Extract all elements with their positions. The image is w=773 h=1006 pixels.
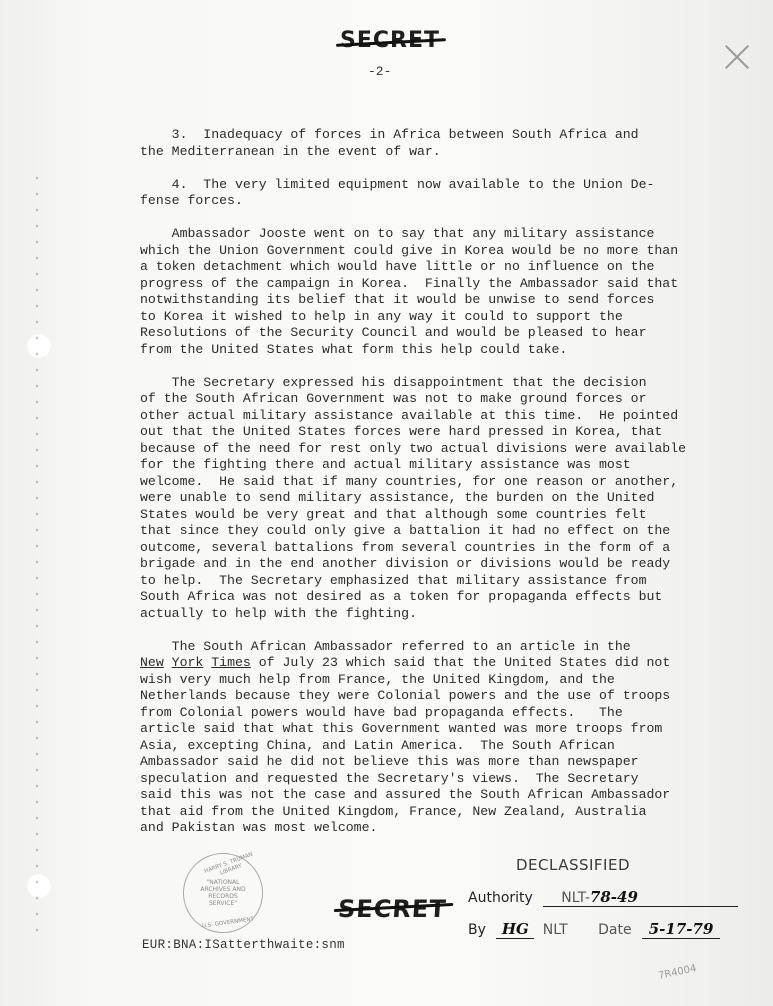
text-line: the Mediterranean in the event of war. [140,144,700,161]
text-line: South Africa was not desired as a token … [140,589,700,606]
page-number: -2- [368,64,391,79]
by-field: HG [496,920,534,939]
text-line: which the Union Government could give in… [140,243,700,260]
text-line: progress of the campaign in Korea. Final… [140,276,700,293]
text-line: for the fighting there and actual milita… [140,457,700,474]
perforation-marks [35,170,39,940]
authority-row: Authority NLT-78-49 [468,888,738,907]
text-line: The South African Ambassador referred to… [140,639,700,656]
by-suffix: NLT [543,922,568,938]
text-line: brigade and in the end another division … [140,556,700,573]
text-line: to help. The Secretary emphasized that m… [140,573,700,590]
paragraph-item-3: 3. Inadequacy of forces in Africa betwee… [140,127,700,160]
text-line: from the United States what form this he… [140,342,700,359]
text-line: Resolutions of the Security Council and … [140,325,700,342]
text-line: out that the United States forces were h… [140,424,700,441]
seal-bottom-text: U.S. GOVERNMENT [202,916,255,930]
archive-seal-stamp: HARRY S. TRUMAN LIBRARY U.S. GOVERNMENT … [183,853,263,933]
text-line: States would be very great and that alth… [140,507,700,524]
text-line: were unable to send military assistance,… [140,490,700,507]
newspaper-title-word: Times [211,655,251,670]
paragraph-item-4: 4. The very limited equipment now availa… [140,177,700,210]
text-line: The Secretary expressed his disappointme… [140,375,700,392]
text-line: New York Times of July 23 which said tha… [140,655,700,672]
classification-stamp-bottom: SECRET [337,895,448,923]
text-line: Ambassador Jooste went on to say that an… [140,226,700,243]
text-line: a token detachment which would have litt… [140,259,700,276]
seal-ring-text: HARRY S. TRUMAN LIBRARY [198,849,263,884]
by-date-row: By HG NLT Date 5-17-79 [468,920,720,939]
text-line: said this was not the case and assured t… [140,787,700,804]
seal-ring: HARRY S. TRUMAN LIBRARY U.S. GOVERNMENT [184,854,262,932]
document-page: SECRET -2- 3. Inadequacy of forces in Af… [0,0,773,1006]
pencil-annotation: 7R4004 [657,963,697,982]
punch-hole [26,873,52,899]
authority-handwritten-value: 78-49 [590,888,638,906]
text-line-rest: of July 23 which said that the United St… [251,655,670,670]
text-line: 3. Inadequacy of forces in Africa betwee… [140,127,700,144]
text-line: actually to help with the fighting. [140,606,700,623]
paragraph-nyt-article: The South African Ambassador referred to… [140,639,700,837]
text-line: that aid from the United Kingdom, France… [140,804,700,821]
memo-body: 3. Inadequacy of forces in Africa betwee… [140,127,700,853]
text-line: fense forces. [140,193,700,210]
text-line: outcome, several battalions from several… [140,540,700,557]
text-line: that since they could only give a battal… [140,523,700,540]
newspaper-title-word: York [172,655,204,670]
text-line: Asia, excepting China, and Latin America… [140,738,700,755]
text-line: notwithstanding its belief that it would… [140,292,700,309]
text-line: and Pakistan was most welcome. [140,820,700,837]
authority-prefix: NLT- [561,890,590,906]
text-line: to Korea it wished to help in any way it… [140,309,700,326]
text-line: Netherlands because they were Colonial p… [140,688,700,705]
declassified-title: DECLASSIFIED [516,856,630,874]
text-line: Ambassador said he did not believe this … [140,754,700,771]
paragraph-secretary: The Secretary expressed his disappointme… [140,375,700,623]
text-line: other actual military assistance availab… [140,408,700,425]
text-line: from Colonial powers would have bad prop… [140,705,700,722]
drafting-reference: EUR:BNA:ISatterthwaite:snm [142,938,345,952]
newspaper-title-word: New [140,655,164,670]
text-line: wish very much help from France, the Uni… [140,672,700,689]
punch-hole [26,333,52,359]
authority-field: NLT-78-49 [543,888,738,907]
date-label: Date [598,922,631,938]
text-line: speculation and requested the Secretary'… [140,771,700,788]
text-line: welcome. He said that if many countries,… [140,474,700,491]
by-handwritten-initials: HG [502,920,529,938]
text-line: 4. The very limited equipment now availa… [140,177,700,194]
date-field: 5-17-79 [642,920,720,939]
x-mark-icon [724,44,750,70]
text-line: of the South African Government was not … [140,391,700,408]
text-line: because of the need for rest only two ac… [140,441,700,458]
paragraph-jooste: Ambassador Jooste went on to say that an… [140,226,700,358]
authority-label: Authority [468,890,533,906]
text-line: article said that what this Government w… [140,721,700,738]
classification-stamp-top: SECRET [340,28,440,53]
date-handwritten-value: 5-17-79 [649,920,714,938]
by-label: By [468,922,486,938]
